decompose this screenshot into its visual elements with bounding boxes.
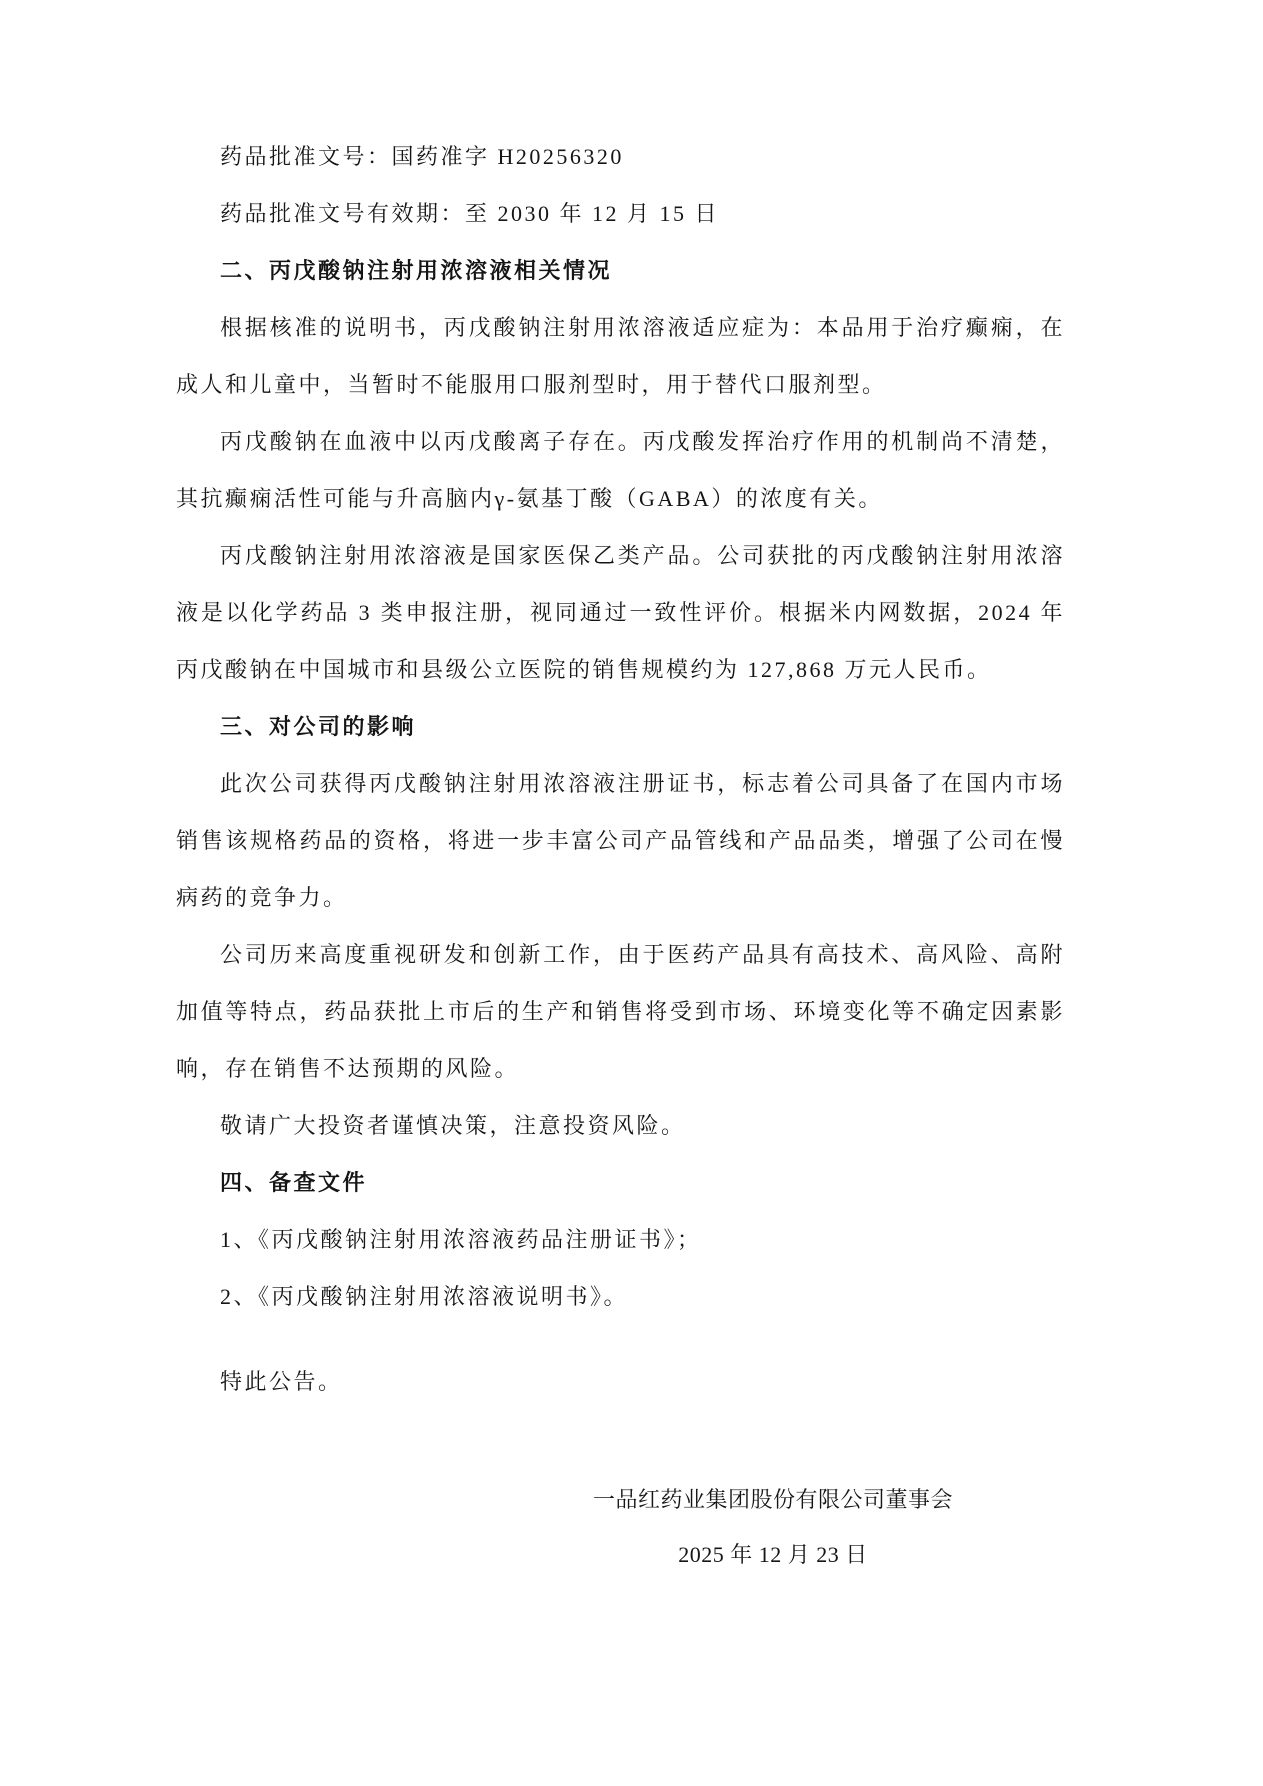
section2-paragraph-3: 丙戊酸钠注射用浓溶液是国家医保乙类产品。公司获批的丙戊酸钠注射用浓溶液是以化学药… (176, 527, 1065, 698)
section3-paragraph-2: 公司历来高度重视研发和创新工作，由于医药产品具有高技术、高风险、高附加值等特点，… (176, 926, 1065, 1097)
document-content: 药品批准文号：国药准字 H20256320 药品批准文号有效期：至 2030 年… (0, 0, 1263, 1582)
section2-paragraph-2: 丙戊酸钠在血液中以丙戊酸离子存在。丙戊酸发挥治疗作用的机制尚不清楚，其抗癫痫活性… (176, 413, 1065, 527)
signature-company: 一品红药业集团股份有限公司董事会 (593, 1472, 953, 1527)
approval-number-line: 药品批准文号：国药准字 H20256320 (176, 128, 1065, 185)
approval-validity-line: 药品批准文号有效期：至 2030 年 12 月 15 日 (176, 185, 1065, 242)
document-page: 药品批准文号：国药准字 H20256320 药品批准文号有效期：至 2030 年… (0, 0, 1263, 1786)
reference-document-item-1: 1、《丙戊酸钠注射用浓溶液药品注册证书》； (176, 1211, 1065, 1268)
section3-paragraph-1: 此次公司获得丙戊酸钠注射用浓溶液注册证书，标志着公司具备了在国内市场销售该规格药… (176, 755, 1065, 926)
section2-heading: 二、丙戊酸钠注射用浓溶液相关情况 (176, 242, 1065, 299)
reference-document-item-2: 2、《丙戊酸钠注射用浓溶液说明书》。 (176, 1268, 1065, 1325)
section3-heading: 三、对公司的影响 (176, 698, 1065, 755)
signature-block: 一品红药业集团股份有限公司董事会 2025 年 12 月 23 日 (593, 1472, 953, 1582)
section4-heading: 四、备查文件 (176, 1154, 1065, 1211)
section3-paragraph-3: 敬请广大投资者谨慎决策，注意投资风险。 (176, 1097, 1065, 1154)
closing-statement: 特此公告。 (176, 1353, 1065, 1410)
signature-date: 2025 年 12 月 23 日 (593, 1527, 953, 1582)
section2-paragraph-1: 根据核准的说明书，丙戊酸钠注射用浓溶液适应症为：本品用于治疗癫痫，在成人和儿童中… (176, 299, 1065, 413)
